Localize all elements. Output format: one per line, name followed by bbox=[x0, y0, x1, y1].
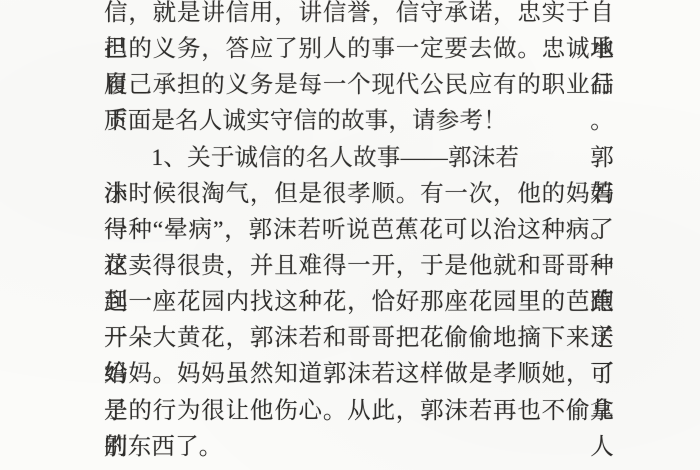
text-line: 信，就是讲信用，讲信誉，信守承诺，忠实于自己承 bbox=[104, 0, 614, 31]
text-line: 到一座花园内找这种花，恰好那座花园里的芭蕉开了 bbox=[104, 284, 614, 320]
text-line: 妈妈。妈妈虽然知道郭沫若这样做是孝顺她，可是儿 bbox=[104, 356, 614, 392]
text-line: 一朵大黄花，郭沫若和哥哥把花偷偷地摘下来送给了 bbox=[104, 320, 614, 356]
text-line: 自己承担的义务是每一个现代公民应有的职业品质。 bbox=[104, 67, 614, 103]
document-page: 信，就是讲信用，讲信誉，信守承诺，忠实于自己承 担的义务，答应了别人的事一定要去… bbox=[0, 0, 700, 470]
text-line: 花卖得很贵，并且难得一开，于是他就和哥哥一起跑 bbox=[104, 248, 614, 284]
text-line: 小时候很淘气，但是很孝顺。有一次，他的妈妈得了 bbox=[104, 176, 614, 212]
text-block: 信，就是讲信用，讲信誉，信守承诺，忠实于自己承 担的义务，答应了别人的事一定要去… bbox=[0, 0, 700, 465]
text-line: 担的义务，答应了别人的事一定要去做。忠诚地履行 bbox=[104, 31, 614, 67]
text-line: 1、关于诚信的名人故事——郭沫若 郭沫若 bbox=[104, 140, 614, 176]
text-line: 一种“晕病”，郭沫若听说芭蕉花可以治这种病。这种 bbox=[104, 212, 614, 248]
text-line: 子的行为很让他伤心。从此，郭沫若再也不偷拿别人 bbox=[104, 393, 614, 429]
